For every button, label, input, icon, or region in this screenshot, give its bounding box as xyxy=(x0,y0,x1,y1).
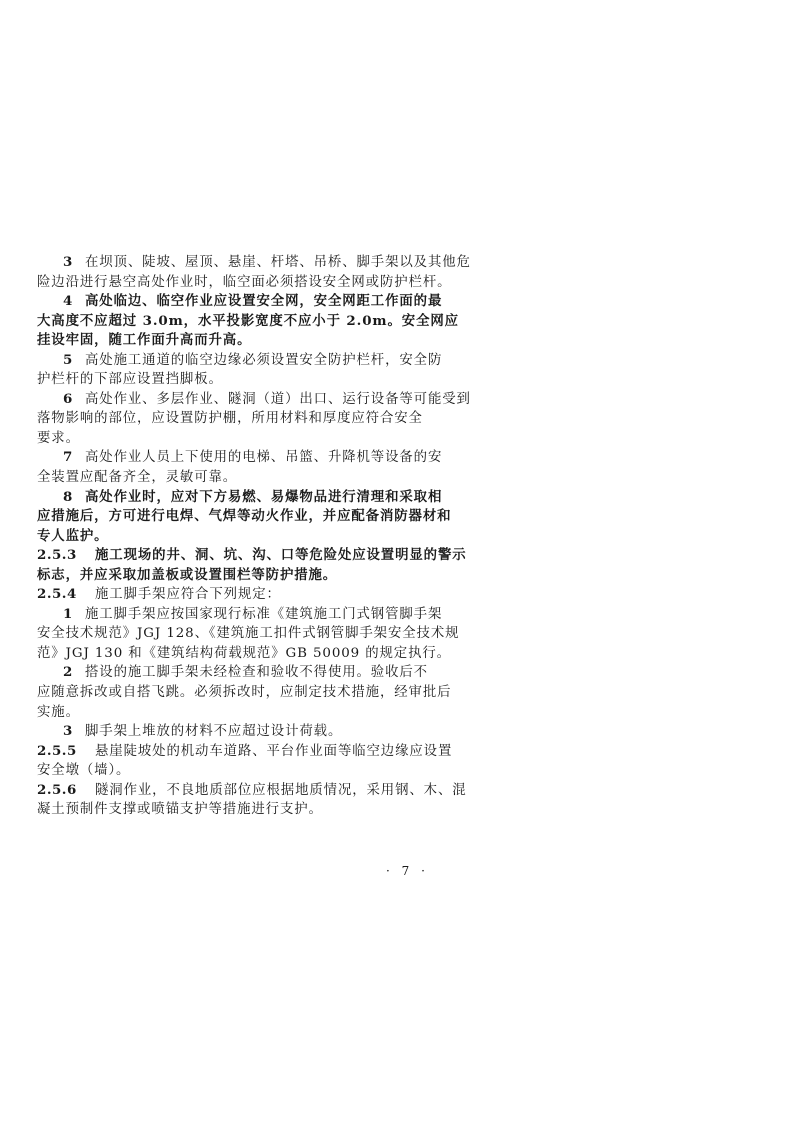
section-number: 2.5.4 xyxy=(37,585,95,605)
paragraph-text: 专人监护。 xyxy=(37,527,423,547)
paragraph-text: 搭设的施工脚手架未经检查和验收不得使用。验收后不 xyxy=(85,665,428,680)
paragraph-text: 应措施后，方可进行电焊、气焊等动火作业，并应配备消防器材和 xyxy=(37,507,423,527)
section-number: 2.5.3 xyxy=(37,546,95,566)
item-8-hot-work: 8高处作业时，应对下方易燃、易爆物品进行清理和采取相 应措施后，方可进行电焊、气… xyxy=(37,488,423,547)
paragraph-text: 高处作业、多层作业、隧洞（道）出口、运行设备等可能受到 xyxy=(85,392,471,407)
paragraph-text: 要求。 xyxy=(37,429,423,449)
item-3-scaffold-load: 3脚手架上堆放的材料不应超过设计荷载。 xyxy=(37,722,423,742)
item-number: 6 xyxy=(63,390,85,410)
paragraph-text: 安全技术规范》JGJ 128、《建筑施工扣件式钢管脚手架安全技术规 xyxy=(37,624,423,644)
paragraph-text: 安全墩（墙）。 xyxy=(37,761,423,781)
paragraph-text: 大高度不应超过 3.0m，水平投影宽度不应小于 2.0m。安全网应 xyxy=(37,312,423,332)
paragraph-text: 施工脚手架应按国家现行标准《建筑施工门式钢管脚手架 xyxy=(85,607,442,622)
section-2-5-4: 2.5.4施工脚手架应符合下列规定： xyxy=(37,585,423,605)
item-number: 7 xyxy=(63,448,85,468)
paragraph-text: 实施。 xyxy=(37,703,423,723)
item-number: 1 xyxy=(63,605,85,625)
item-7-lift-safety: 7高处作业人员上下使用的电梯、吊篮、升降机等设备的安 全装置应配备齐全，灵敏可靠… xyxy=(37,448,423,487)
item-1-scaffold-standards: 1施工脚手架应按国家现行标准《建筑施工门式钢管脚手架 安全技术规范》JGJ 12… xyxy=(37,605,423,664)
paragraph-text: 护栏杆的下部应设置挡脚板。 xyxy=(37,370,423,390)
paragraph-text: 挂设牢固，随工作面升高而升高。 xyxy=(37,331,423,351)
item-number: 5 xyxy=(63,351,85,371)
item-number: 3 xyxy=(63,253,85,273)
item-number: 3 xyxy=(63,722,85,742)
section-2-5-6: 2.5.6隧洞作业，不良地质部位应根据地质情况，采用钢、木、混 凝土预制件支撑或… xyxy=(37,781,423,820)
paragraph-text: 落物影响的部位，应设置防护棚，所用材料和厚度应符合安全 xyxy=(37,409,423,429)
paragraph-text: 高处作业时，应对下方易燃、易爆物品进行清理和采取相 xyxy=(85,489,442,505)
paragraph-text: 在坝顶、陡坡、屋顶、悬崖、杆塔、吊桥、脚手架以及其他危 xyxy=(85,255,471,270)
section-number: 2.5.5 xyxy=(37,742,95,762)
section-2-5-3: 2.5.3施工现场的井、洞、坑、沟、口等危险处应设置明显的警示 标志，并应采取加… xyxy=(37,546,423,585)
paragraph-text: 应随意拆改或自搭飞跳。必须拆改时，应制定技术措施，经审批后 xyxy=(37,683,423,703)
item-3-hazard-edges: 3在坝顶、陡坡、屋顶、悬崖、杆塔、吊桥、脚手架以及其他危 险边沿进行悬空高处作业… xyxy=(37,253,423,292)
paragraph-text: 全装置应配备齐全，灵敏可靠。 xyxy=(37,468,423,488)
document-page: 3在坝顶、陡坡、屋顶、悬崖、杆塔、吊桥、脚手架以及其他危 险边沿进行悬空高处作业… xyxy=(37,253,423,820)
item-number: 4 xyxy=(63,292,85,312)
section-2-5-5: 2.5.5悬崖陡坡处的机动车道路、平台作业面等临空边缘应设置 安全墩（墙）。 xyxy=(37,742,423,781)
item-number: 8 xyxy=(63,488,85,508)
paragraph-text: 隧洞作业，不良地质部位应根据地质情况，采用钢、木、混 xyxy=(95,783,467,798)
page-number: · 7 · xyxy=(386,864,429,878)
paragraph-text: 险边沿进行悬空高处作业时，临空面必须搭设安全网或防护栏杆。 xyxy=(37,273,423,293)
paragraph-text: 施工脚手架应符合下列规定： xyxy=(95,587,281,602)
paragraph-text: 凝土预制件支撑或喷锚支护等措施进行支护。 xyxy=(37,800,423,820)
item-4-safety-net: 4高处临边、临空作业应设置安全网，安全网距工作面的最 大高度不应超过 3.0m，… xyxy=(37,292,423,351)
paragraph-text: 高处施工通道的临空边缘必须设置安全防护栏杆，安全防 xyxy=(85,353,442,368)
paragraph-text: 高处临边、临空作业应设置安全网，安全网距工作面的最 xyxy=(85,293,442,309)
paragraph-text: 范》JGJ 130 和《建筑结构荷载规范》GB 50009 的规定执行。 xyxy=(37,644,423,664)
paragraph-text: 悬崖陡坡处的机动车道路、平台作业面等临空边缘应设置 xyxy=(95,744,452,759)
paragraph-text: 标志，并应采取加盖板或设置围栏等防护措施。 xyxy=(37,566,423,586)
section-number: 2.5.6 xyxy=(37,781,95,801)
item-5-passage-railing: 5高处施工通道的临空边缘必须设置安全防护栏杆，安全防 护栏杆的下部应设置挡脚板。 xyxy=(37,351,423,390)
paragraph-text: 脚手架上堆放的材料不应超过设计荷载。 xyxy=(85,724,342,739)
item-6-protective-shed: 6高处作业、多层作业、隧洞（道）出口、运行设备等可能受到 落物影响的部位，应设置… xyxy=(37,390,423,449)
item-number: 2 xyxy=(63,663,85,683)
paragraph-text: 高处作业人员上下使用的电梯、吊篮、升降机等设备的安 xyxy=(85,450,442,465)
paragraph-text: 施工现场的井、洞、坑、沟、口等危险处应设置明显的警示 xyxy=(95,547,467,563)
item-2-scaffold-inspection: 2搭设的施工脚手架未经检查和验收不得使用。验收后不 应随意拆改或自搭飞跳。必须拆… xyxy=(37,663,423,722)
